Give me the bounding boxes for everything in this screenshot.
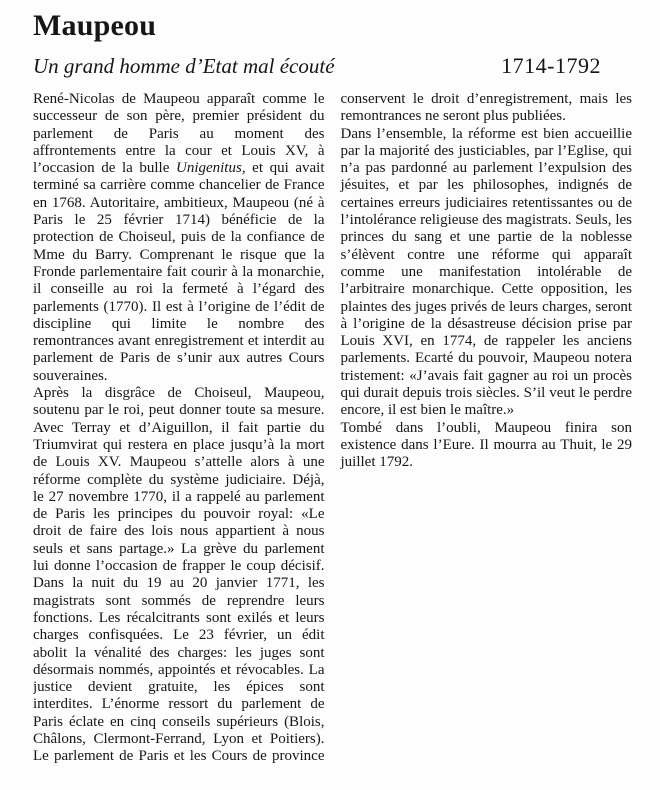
article-subtitle: Un grand homme d’Etat mal écouté [33, 54, 335, 78]
paragraph: René-Nicolas de Maupeou apparaît comme l… [33, 91, 325, 385]
text-segment: Dans l’ensemble, la réforme est bien acc… [341, 126, 633, 419]
text-segment: et qui avait terminé sa carrière comme c… [33, 160, 325, 384]
italic-term: Unigenitus, [176, 160, 246, 176]
document-page: Maupeou Un grand homme d’Etat mal écouté… [0, 0, 660, 790]
page-title: Maupeou [33, 9, 632, 43]
paragraph: Dans l’ensemble, la réforme est bien acc… [341, 126, 633, 420]
article-columns: René-Nicolas de Maupeou apparaît comme l… [33, 91, 632, 788]
page-content: Maupeou Un grand homme d’Etat mal écouté… [33, 0, 632, 788]
subtitle-row: Un grand homme d’Etat mal écouté 1714-17… [33, 54, 632, 78]
article-header: Maupeou Un grand homme d’Etat mal écouté… [33, 9, 632, 78]
text-segment: Tombé dans l’oubli, Maupeou finira son e… [341, 420, 633, 471]
paragraph: Tombé dans l’oubli, Maupeou finira son e… [341, 420, 633, 472]
life-dates: 1714-1792 [501, 54, 601, 78]
